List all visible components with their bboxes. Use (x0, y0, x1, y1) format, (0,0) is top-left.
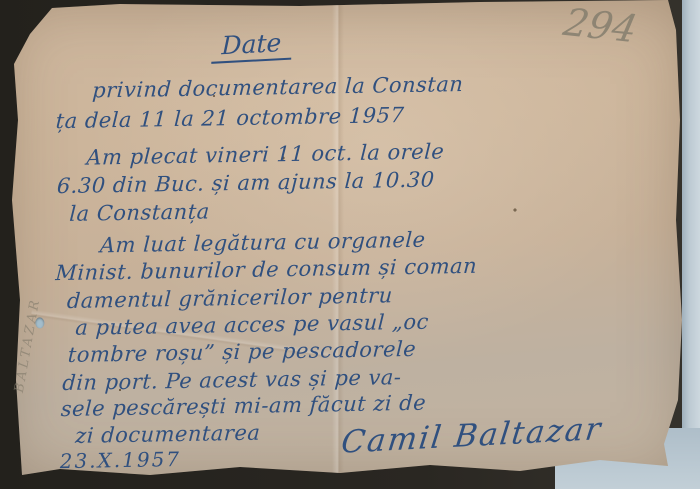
handwritten-line: ța dela 11 la 21 octombre 1957 (55, 103, 405, 133)
handwritten-line: Minist. bunurilor de consum și coman (55, 254, 478, 285)
handwritten-line: a putea avea acces pe vasul „oc (75, 310, 430, 340)
note-title: Date (211, 28, 291, 64)
handwritten-line: damentul grănicerilor pentru (66, 283, 393, 313)
handwritten-line: Am luat legătura cu organele (99, 228, 426, 258)
handwritten-content: 294 BALTAZAR Date privind documentarea l… (0, 0, 700, 489)
handwritten-line: privind documentarea la Constan (92, 72, 464, 103)
handwritten-line: tombre roșu” și pe pescadorele (67, 337, 417, 367)
handwritten-line: din port. Pe acest vas și pe va- (62, 365, 402, 395)
date-line: 23.X.1957 (60, 447, 182, 473)
archive-number-pencil: 294 (560, 0, 641, 51)
edge-pencil-note: BALTAZAR (8, 275, 47, 415)
handwritten-line: zi documentarea (75, 421, 261, 448)
handwritten-line: Am plecat vineri 11 oct. la orele (86, 139, 445, 169)
handwritten-line: la Constanța (69, 199, 211, 225)
handwritten-line: 6.30 din Buc. și am ajuns la 10.30 (56, 168, 435, 199)
scanned-note-photo: 294 BALTAZAR Date privind documentarea l… (0, 0, 700, 489)
handwritten-line: sele pescărești mi-am făcut zi de (60, 391, 427, 421)
signature: Camil Baltazar (339, 411, 604, 461)
